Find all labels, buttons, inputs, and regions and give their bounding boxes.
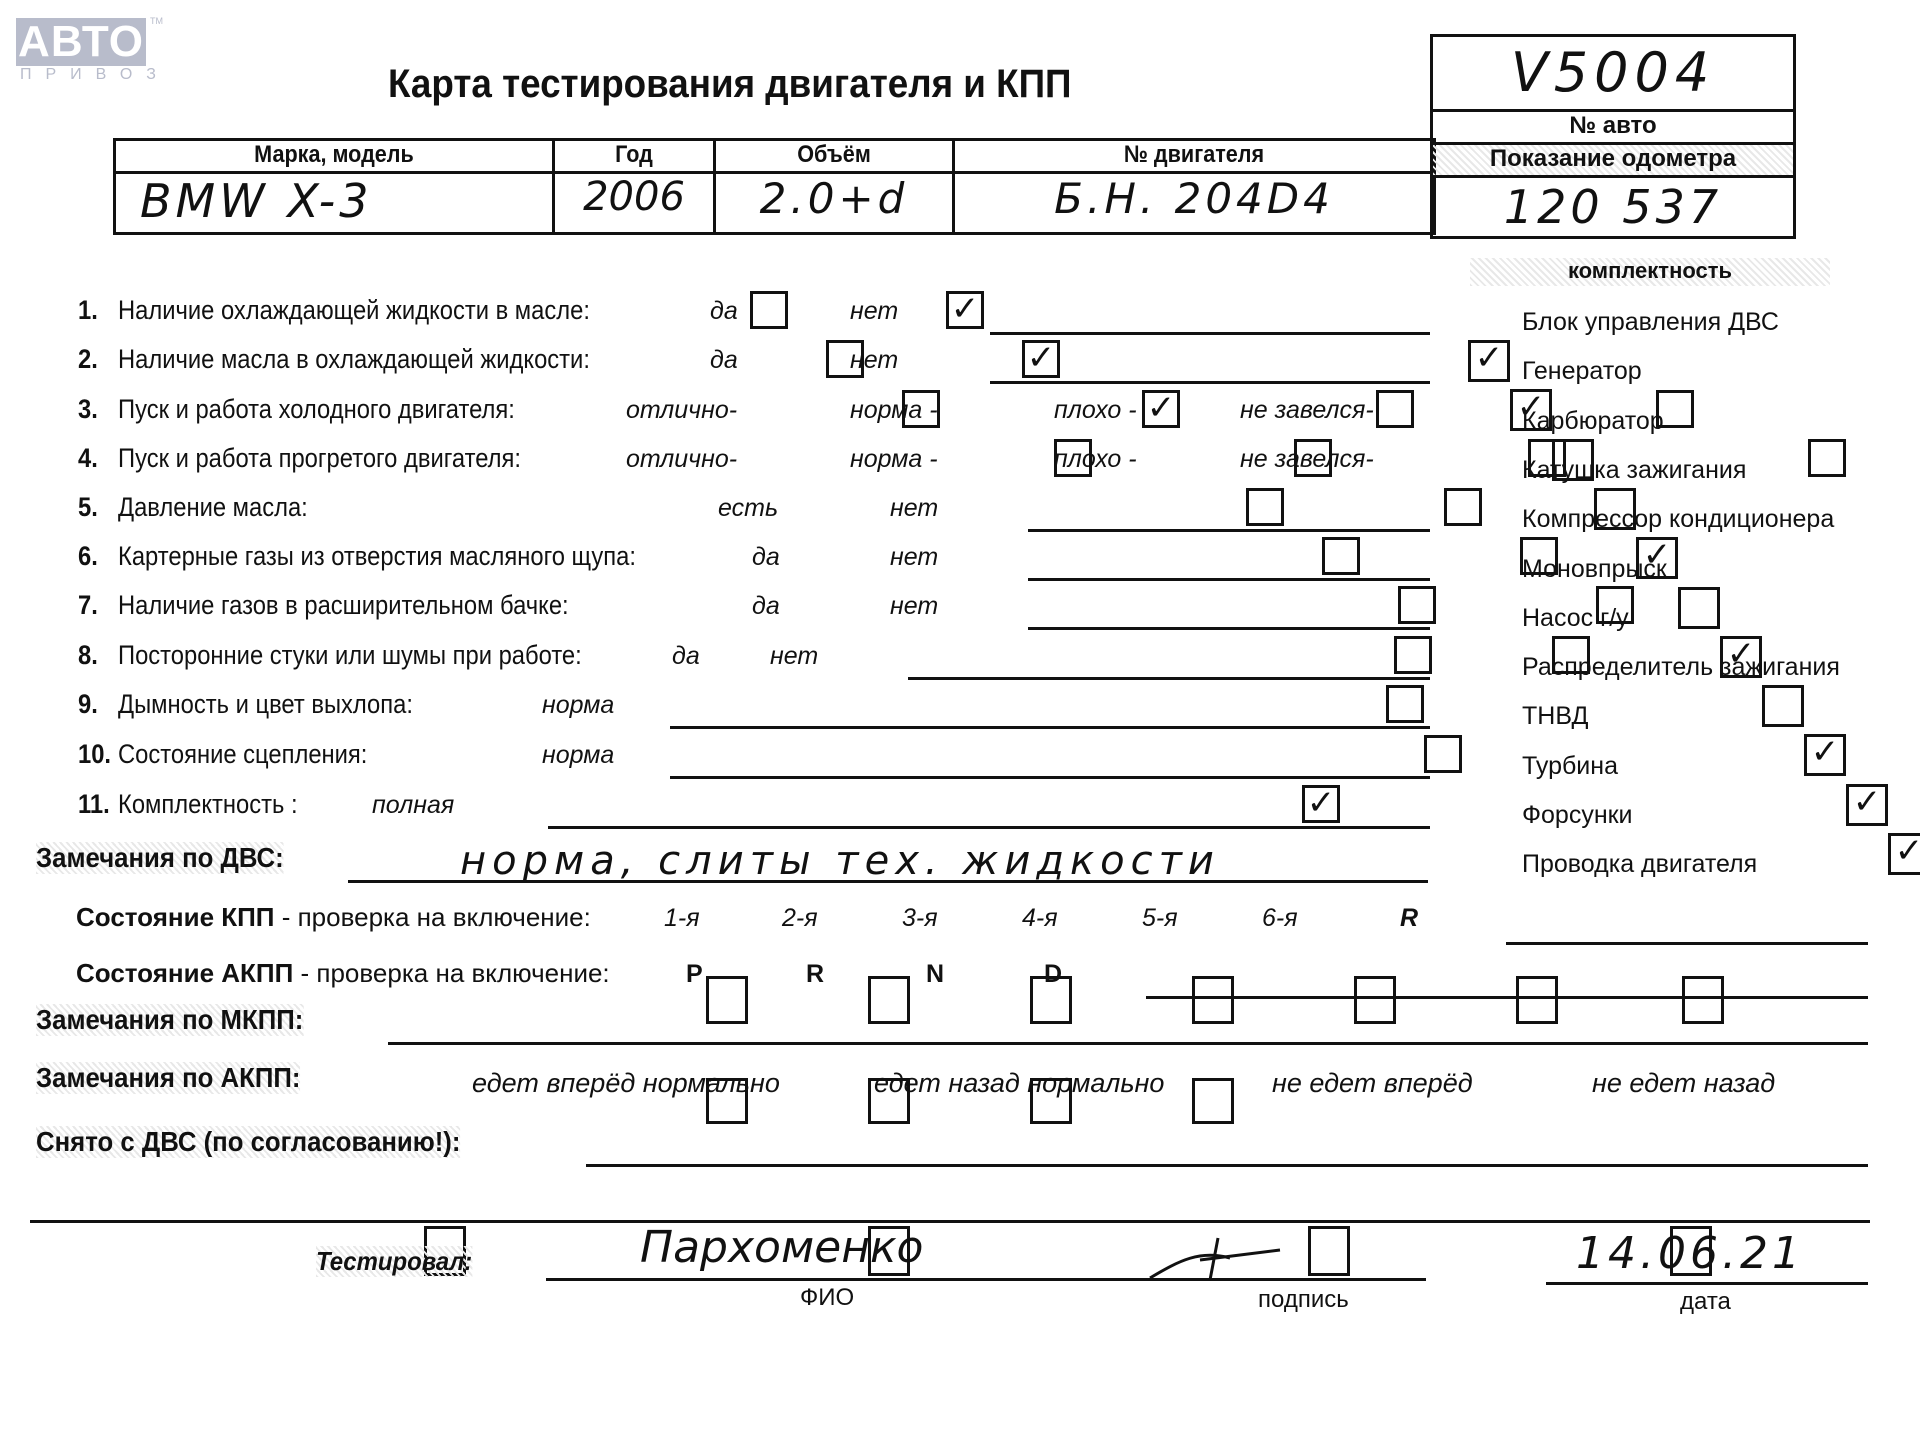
completeness-checkbox[interactable] [1762,685,1804,727]
gear-checkbox[interactable] [1354,976,1396,1024]
engine-number-field[interactable]: Б.Н. 204D4 [954,173,1435,234]
name-label: ФИО [800,1284,854,1312]
make-model-field[interactable]: BMW X-3 [115,173,554,234]
auto-gearbox-line [1146,996,1868,999]
notes-line[interactable] [670,776,1430,779]
option-label: да [710,297,738,326]
gear-label: 2-я [782,904,818,933]
item-label: Давление масла: [118,492,308,523]
item-number: 11. [78,789,110,820]
item-label: Наличие газов в расширительном бачке: [118,590,569,621]
header-engine-number: № двигателя [954,140,1435,173]
option-label: да [710,346,738,375]
completeness-item-label: Проводка двигателя [1522,850,1757,879]
completeness-item-label: Блок управления ДВС [1522,308,1779,337]
notes-line[interactable] [990,332,1430,335]
option-label: нет [890,494,938,523]
gear-checkbox[interactable] [1192,1078,1234,1124]
gear-checkbox[interactable] [1682,976,1724,1024]
checklist: 1.Наличие охлаждающей жидкости в масле:д… [0,0,1920,38]
year-field[interactable]: 2006 [554,173,715,234]
manual-gearbox-label: Состояние КПП - проверка на включение: [76,902,591,933]
item-label: Пуск и работа холодного двигателя: [118,394,515,425]
gear-label: 3-я [902,904,938,933]
notes-line[interactable] [548,826,1430,829]
item-label: Дымность и цвет выхлопа: [118,689,413,720]
gear-checkbox[interactable] [706,976,748,1024]
option-checkbox[interactable] [1394,636,1432,674]
akpp-option-label: не едет назад [1592,1068,1775,1099]
signature-field[interactable] [1140,1230,1370,1280]
separator [30,1220,1870,1223]
completeness-checkbox[interactable]: ✓ [1846,784,1888,826]
completeness-item-label: Катушка зажигания [1522,456,1746,485]
logo-trademark: TM [150,16,163,26]
option-checkbox[interactable] [1444,488,1482,526]
option-label: норма - [850,396,938,425]
completeness-item-label: Моновпрыск [1522,555,1667,584]
signature-label: подпись [1258,1286,1349,1314]
option-checkbox[interactable] [1322,537,1360,575]
option-label: плохо - [1054,396,1137,425]
gear-label: 6-я [1262,904,1298,933]
odometer-field[interactable]: 120 537 [1433,178,1793,236]
option-checkbox[interactable] [1246,488,1284,526]
gear-label: R [1400,904,1418,933]
item-number: 8. [78,640,98,671]
header-volume: Объём [715,140,954,173]
option-label: отлично- [626,396,737,425]
item-number: 9. [78,689,98,720]
car-info-box: V5004 № авто Показание одометра 120 537 [1430,34,1796,239]
car-number-label: № авто [1433,112,1793,145]
option-label: да [752,592,780,621]
engine-remarks-label: Замечания по ДВС: [36,842,284,874]
option-label: не завелся- [1240,445,1374,474]
date-field[interactable]: 14.06.21 [1576,1228,1804,1279]
completeness-item-label: Насос г/у [1522,604,1629,633]
akpp-remarks-label: Замечания по АКПП: [36,1062,300,1094]
option-label: нет [850,297,898,326]
option-label: норма [542,741,614,770]
option-label: нет [890,543,938,572]
notes-line[interactable] [908,677,1430,680]
header-make-model: Марка, модель [115,140,554,173]
item-number: 10. [78,739,111,770]
option-label: да [752,543,780,572]
completeness-item-label: Турбина [1522,752,1618,781]
akpp-option-label: едет назад нормально [874,1068,1164,1099]
item-number: 1. [78,295,98,326]
option-checkbox[interactable] [1386,685,1424,723]
name-field[interactable]: Пархоменко [640,1222,923,1273]
option-checkbox[interactable] [750,291,788,329]
option-label: норма [542,691,614,720]
removed-label: Снято с ДВС (по согласованию!): [36,1126,460,1158]
notes-line[interactable] [1028,627,1430,630]
mkpp-remarks-field[interactable] [388,1042,1868,1045]
item-label: Картерные газы из отверстия масляного щу… [118,541,636,572]
option-checkbox[interactable]: ✓ [1302,785,1340,823]
item-label: Состояние сцепления: [118,739,367,770]
auto-gearbox-label: Состояние АКПП - проверка на включение: [76,958,610,989]
logo-subtitle: ПРИВОЗ [20,66,170,84]
mkpp-remarks-label: Замечания по МКПП: [36,1004,303,1036]
item-label: Посторонние стуки или шумы при работе: [118,640,582,671]
signature-icon [1140,1230,1370,1290]
notes-line[interactable] [1028,529,1430,532]
completeness-item-label: Генератор [1522,357,1642,386]
car-number-field[interactable]: V5004 [1433,37,1793,112]
completeness-title: комплектность [1470,258,1830,286]
akpp-option-label: едет вперёд нормально [472,1068,780,1099]
option-checkbox[interactable] [1376,390,1414,428]
completeness-checkbox[interactable]: ✓ [1804,734,1846,776]
option-label: полная [372,791,454,820]
gear-checkbox[interactable] [868,976,910,1024]
option-checkbox[interactable]: ✓ [1022,340,1060,378]
option-checkbox[interactable] [1808,439,1846,477]
item-number: 4. [78,443,98,474]
date-line [1546,1282,1868,1285]
tested-by-label: Тестировал: [316,1246,472,1277]
option-label: норма - [850,445,938,474]
gear-label: 5-я [1142,904,1178,933]
gear-checkbox[interactable] [1516,976,1558,1024]
item-label: Наличие масла в охлаждающей жидкости: [118,344,590,375]
option-label: да [672,642,700,671]
item-number: 2. [78,344,98,375]
completeness-item-label: Компрессор кондиционера [1522,505,1834,534]
item-label: Наличие охлаждающей жидкости в масле: [118,295,590,326]
manual-gearbox-line [1506,942,1868,945]
logo: АВТО [16,18,146,66]
completeness-checkbox[interactable]: ✓ [1468,340,1510,382]
gear-label: D [1044,960,1062,989]
option-label: не завелся- [1240,396,1374,425]
gear-label: R [806,960,824,989]
option-checkbox[interactable]: ✓ [946,291,984,329]
akpp-option-label: не едет вперёд [1272,1068,1473,1099]
item-number: 5. [78,492,98,523]
option-label: отлично- [626,445,737,474]
completeness-item-label: Карбюратор [1522,407,1664,436]
completeness-checkbox[interactable] [1678,587,1720,629]
item-label: Комплектность : [118,789,298,820]
header-year: Год [554,140,715,173]
option-label: нет [850,346,898,375]
gear-checkbox[interactable] [1192,976,1234,1024]
volume-field[interactable]: 2.0+d [715,173,954,234]
option-label: есть [718,494,778,523]
item-number: 3. [78,394,98,425]
completeness-item-label: Форсунки [1522,801,1633,830]
option-label: нет [890,592,938,621]
notes-line[interactable] [1028,578,1430,581]
option-checkbox[interactable]: ✓ [1142,390,1180,428]
engine-remarks-field[interactable]: норма, слиты тех. жидкости [460,838,1220,884]
option-label: нет [770,642,818,671]
odometer-label: Показание одометра [1433,145,1793,178]
gear-label: N [926,960,944,989]
removed-field[interactable] [586,1164,1868,1167]
item-label: Пуск и работа прогретого двигателя: [118,443,521,474]
option-label: плохо - [1054,445,1137,474]
completeness-checkbox[interactable]: ✓ [1888,833,1920,875]
gear-label: 1-я [664,904,700,933]
option-checkbox[interactable] [1398,586,1436,624]
gear-label: 4-я [1022,904,1058,933]
completeness-item-label: ТНВД [1522,702,1588,731]
item-number: 6. [78,541,98,572]
notes-line[interactable] [670,726,1430,729]
page-title: Карта тестирования двигателя и КПП [388,62,1071,107]
notes-line[interactable] [990,381,1430,384]
item-number: 7. [78,590,98,621]
vehicle-table: Марка, модель Год Объём № двигателя BMW … [113,138,1436,235]
option-checkbox[interactable] [1424,735,1462,773]
completeness-item-label: Распределитель зажигания [1522,653,1840,682]
gear-label: P [686,960,703,989]
date-label: дата [1680,1288,1731,1316]
